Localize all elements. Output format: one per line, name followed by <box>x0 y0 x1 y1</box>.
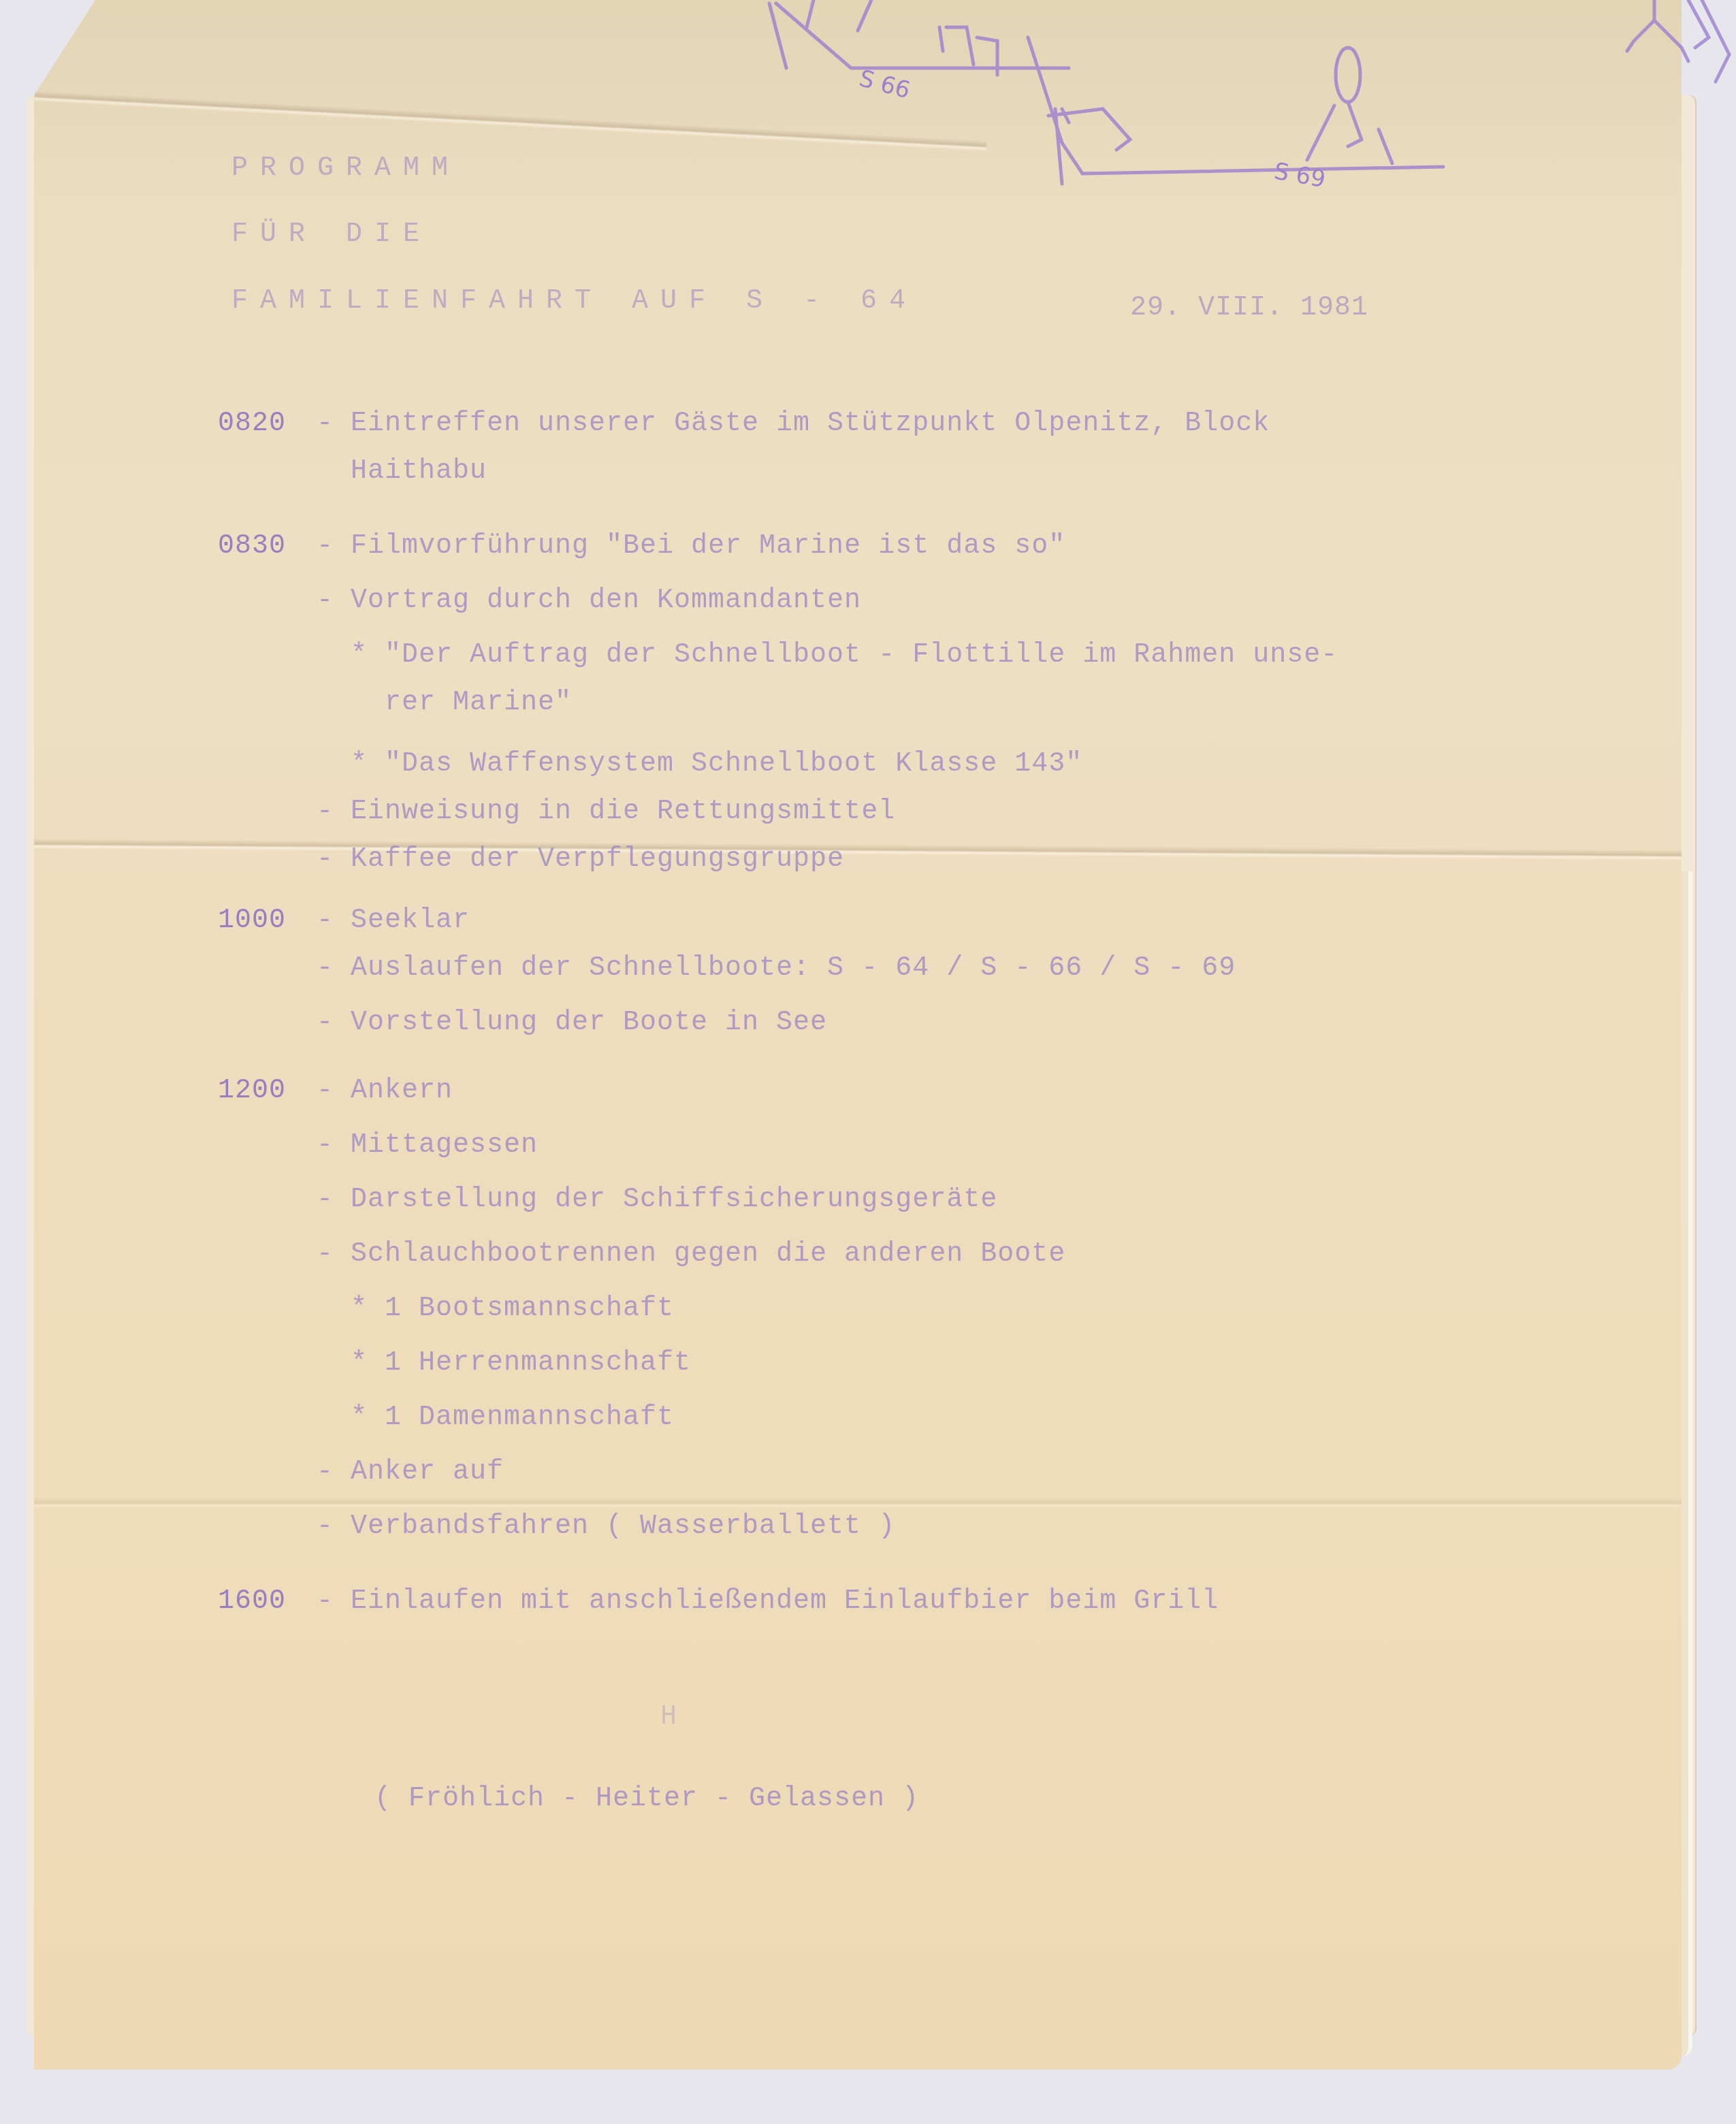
schedule-item: - Darstellung der Schiffsicherungsgeräte <box>317 1185 997 1215</box>
schedule-item: - Seeklar <box>317 905 470 936</box>
schedule-time: 0820 <box>218 408 286 439</box>
motto: ( Fröhlich - Heiter - Gelassen ) <box>374 1784 919 1814</box>
schedule-item: Haithabu <box>317 456 487 487</box>
schedule-item: - Mittagessen <box>317 1130 538 1161</box>
schedule-item: rer Marine" <box>317 688 572 718</box>
schedule-item: - Auslaufen der Schnellboote: S - 64 / S… <box>317 953 1236 984</box>
schedule-item: - Kaffee der Verpflegungsgruppe <box>317 844 844 875</box>
document-content: PROGRAMM FÜR DIE FAMILIENFAHRT AUF S - 6… <box>218 0 1511 2110</box>
schedule-time: 1200 <box>218 1076 286 1106</box>
schedule-time: 1000 <box>218 905 286 936</box>
schedule-item: * 1 Damenmannschaft <box>317 1402 674 1433</box>
title-programm: PROGRAMM <box>231 153 460 184</box>
schedule-item: - Schlauchbootrennen gegen die anderen B… <box>317 1239 1065 1270</box>
schedule-item: * 1 Bootsmannschaft <box>317 1293 674 1324</box>
schedule-time: 1600 <box>218 1586 286 1617</box>
schedule-item: - Einlaufen mit anschließendem Einlaufbi… <box>317 1586 1219 1617</box>
title-fuer-die: FÜR DIE <box>231 219 432 250</box>
schedule-item: - Vorstellung der Boote in See <box>317 1008 827 1038</box>
schedule-item: - Verbandsfahren ( Wasserballett ) <box>317 1511 895 1542</box>
schedule-item: - Vortrag durch den Kommandanten <box>317 585 861 616</box>
schedule-item: - Filmvorführung "Bei der Marine ist das… <box>317 531 1065 562</box>
schedule-item: - Ankern <box>317 1076 453 1106</box>
schedule-item: - Einweisung in die Rettungsmittel <box>317 796 895 827</box>
schedule-item: * "Das Waffensystem Schnellboot Klasse 1… <box>317 749 1082 779</box>
title-familienfahrt: FAMILIENFAHRT AUF S - 64 <box>231 286 918 317</box>
schedule-item: - Eintreffen unserer Gäste im Stützpunkt… <box>317 408 1270 439</box>
schedule-time: 0830 <box>218 531 286 562</box>
document-date: 29. VIII. 1981 <box>1130 293 1368 323</box>
schedule-item: * 1 Herrenmannschaft <box>317 1348 691 1379</box>
closing-mark: H <box>660 1702 677 1733</box>
schedule-item: * "Der Auftrag der Schnellboot - Flottil… <box>317 640 1338 671</box>
schedule-item: - Anker auf <box>317 1457 504 1487</box>
